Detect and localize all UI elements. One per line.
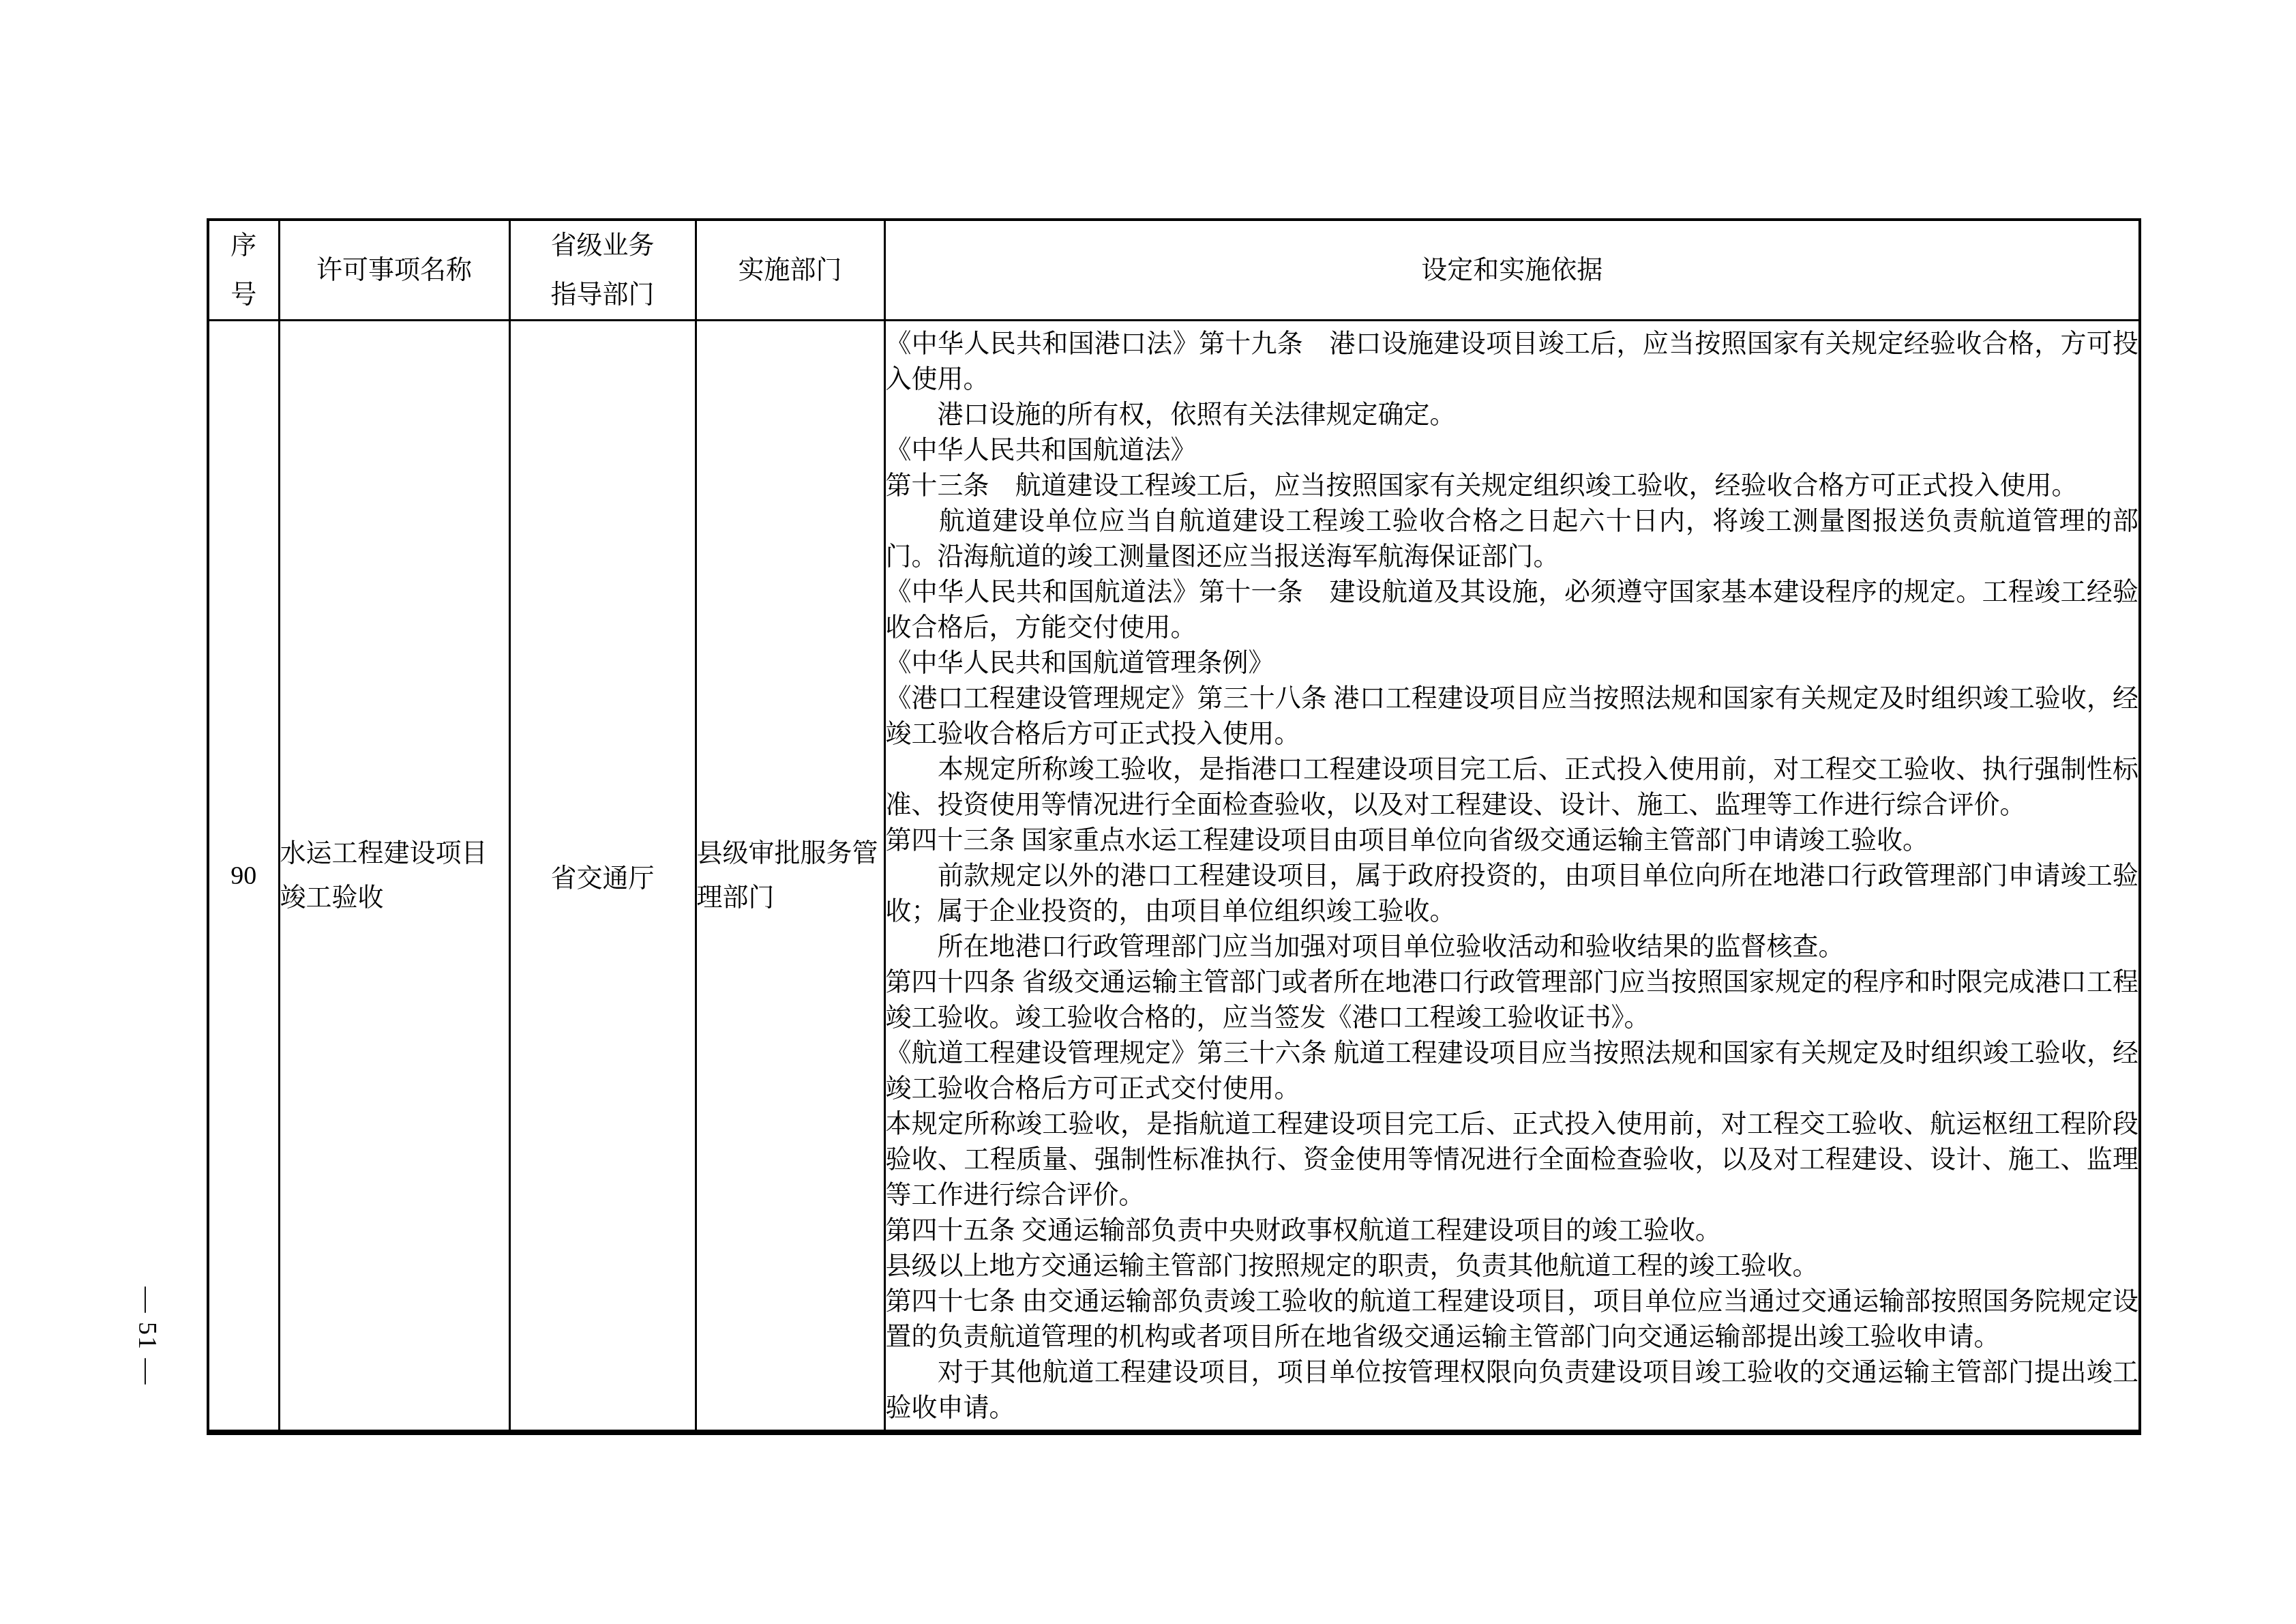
header-cell-item-name: 许可事项名称 (279, 220, 509, 321)
basis-paragraph: 《港口工程建设管理规定》第三十八条 港口工程建设项目应当按照法规和国家有关规定及… (886, 681, 2139, 752)
basis-paragraph: 本规定所称竣工验收，是指港口工程建设项目完工后、正式投入使用前，对工程交工验收、… (886, 752, 2139, 823)
seq-value: 90 (230, 861, 256, 890)
basis-paragraph: 第四十四条 省级交通运输主管部门或者所在地港口行政管理部门应当按照国家规定的程序… (886, 964, 2139, 1035)
header-label-item-name: 许可事项名称 (316, 256, 472, 284)
guidance-dept-value: 省交通厅 (550, 864, 654, 893)
basis-paragraph: 第四十五条 交通运输部负责中央财政事权航道工程建设项目的竣工验收。 (886, 1213, 2139, 1248)
cell-seq: 90 (208, 321, 279, 1432)
header-label-seq: 序号 (229, 221, 258, 319)
table-header-row: 序号 许可事项名称 省级业务指导部门 实施部门 设定和实施依据 (208, 220, 2140, 321)
basis-paragraph: 所在地港口行政管理部门应当加强对项目单位验收活动和验收结果的监督核查。 (886, 929, 2139, 964)
header-label-impl-dept: 实施部门 (738, 256, 841, 284)
basis-paragraph: 对于其他航道工程建设项目，项目单位按管理权限向负责建设项目竣工验收的交通运输主管… (886, 1355, 2139, 1426)
cell-item-name: 水运工程建设项目竣工验收 (279, 321, 509, 1432)
basis-paragraph: 航道建设单位应当自航道建设工程竣工验收合格之日起六十日内，将竣工测量图报送负责航… (886, 503, 2139, 574)
basis-paragraph: 前款规定以外的港口工程建设项目，属于政府投资的，由项目单位向所在地港口行政管理部… (886, 858, 2139, 929)
cell-basis: 《中华人民共和国港口法》第十九条 港口设施建设项目竣工后，应当按照国家有关规定经… (884, 321, 2140, 1432)
basis-paragraph: 《航道工程建设管理规定》第三十六条 航道工程建设项目应当按照法规和国家有关规定及… (886, 1035, 2139, 1106)
basis-paragraphs: 《中华人民共和国港口法》第十九条 港口设施建设项目竣工后，应当按照国家有关规定经… (886, 326, 2139, 1426)
basis-paragraph: 《中华人民共和国航道法》 (886, 432, 2139, 468)
document-page: — 51 — 序号 许可事项名称 省级业务指导部门 实施部门 (0, 0, 2296, 1624)
basis-paragraph: 第四十七条 由交通运输部负责竣工验收的航道工程建设项目，项目单位应当通过交通运输… (886, 1284, 2139, 1355)
basis-paragraph: 《中华人民共和国航道法》第十一条 建设航道及其设施，必须遵守国家基本建设程序的规… (886, 574, 2139, 645)
header-cell-guidance-dept: 省级业务指导部门 (509, 220, 696, 321)
permits-table: 序号 许可事项名称 省级业务指导部门 实施部门 设定和实施依据 90 (207, 218, 2141, 1435)
basis-paragraph: 第四十三条 国家重点水运工程建设项目由项目单位向省级交通运输主管部门申请竣工验收… (886, 823, 2139, 858)
basis-paragraph: 县级以上地方交通运输主管部门按照规定的职责，负责其他航道工程的竣工验收。 (886, 1248, 2139, 1284)
header-label-basis: 设定和实施依据 (1421, 256, 1602, 284)
header-cell-basis: 设定和实施依据 (884, 220, 2140, 321)
basis-paragraph: 《中华人民共和国港口法》第十九条 港口设施建设项目竣工后，应当按照国家有关规定经… (886, 326, 2139, 397)
basis-paragraph: 第十三条 航道建设工程竣工后，应当按照国家有关规定组织竣工验收，经验收合格方可正… (886, 468, 2139, 503)
table-row: 90 水运工程建设项目竣工验收 省交通厅 县级审批服务管理部门 《中华人民共和国… (208, 321, 2140, 1432)
cell-guidance-dept: 省交通厅 (509, 321, 696, 1432)
header-cell-seq: 序号 (208, 220, 279, 321)
impl-dept-value: 县级审批服务管理部门 (697, 839, 878, 912)
item-name-value: 水运工程建设项目竣工验收 (280, 839, 488, 912)
basis-paragraph: 本规定所称竣工验收，是指航道工程建设项目完工后、正式投入使用前，对工程交工验收、… (886, 1106, 2139, 1213)
header-label-guidance-dept: 省级业务指导部门 (546, 221, 660, 319)
basis-paragraph: 《中华人民共和国航道管理条例》 (886, 645, 2139, 681)
page-number: — 51 — (133, 1270, 162, 1403)
basis-paragraph: 港口设施的所有权，依照有关法律规定确定。 (886, 397, 2139, 432)
cell-impl-dept: 县级审批服务管理部门 (696, 321, 884, 1432)
header-cell-impl-dept: 实施部门 (696, 220, 884, 321)
